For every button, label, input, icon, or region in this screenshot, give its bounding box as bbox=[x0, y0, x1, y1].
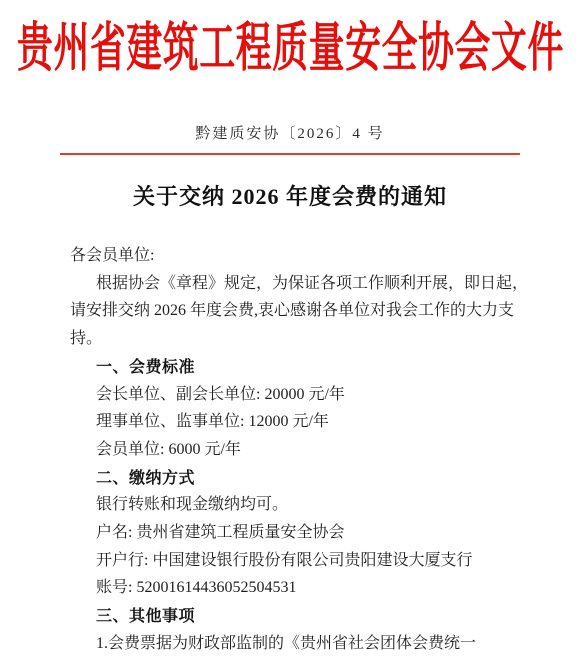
paragraph-line: 根据协会《章程》规定，为保证各项工作顺利开展，即日起， bbox=[70, 270, 580, 298]
document-page: 贵州省建筑工程质量安全协会文件 黔建质安协〔2026〕4 号 关于交纳 2026… bbox=[0, 0, 580, 656]
section-heading-payment-method: 二、缴纳方式 bbox=[70, 464, 580, 492]
red-letterhead: 贵州省建筑工程质量安全协会文件 bbox=[0, 12, 580, 74]
section-heading-other-matters: 三、其他事项 bbox=[70, 602, 580, 630]
fee-line-president-units: 会长单位、副会长单位: 20000 元/年 bbox=[70, 381, 580, 409]
fee-line-director-units: 理事单位、监事单位: 12000 元/年 bbox=[70, 408, 580, 436]
organization-title: 贵州省建筑工程质量安全协会文件 bbox=[17, 5, 564, 81]
document-reference-number: 黔建质安协〔2026〕4 号 bbox=[0, 124, 580, 145]
account-number-line: 账号: 52001614436052504531 bbox=[70, 574, 580, 602]
paragraph-line: 请安排交纳 2026 年度会费,衷心感谢各单位对我会工作的大力支 bbox=[70, 297, 580, 325]
fee-line-member-units: 会员单位: 6000 元/年 bbox=[70, 436, 580, 464]
payment-method-line: 银行转账和现金缴纳均可。 bbox=[70, 491, 580, 519]
paragraph-line: 持。 bbox=[70, 325, 580, 353]
note-line-receipt: 1.会费票据为财政部监制的《贵州省社会团体会费统一 bbox=[70, 630, 580, 656]
account-name-line: 户名: 贵州省建筑工程质量安全协会 bbox=[70, 519, 580, 547]
document-body: 各会员单位: 根据协会《章程》规定，为保证各项工作顺利开展，即日起， 请安排交纳… bbox=[70, 242, 580, 656]
section-heading-fee-standard: 一、会费标准 bbox=[70, 353, 580, 381]
salutation: 各会员单位: bbox=[70, 242, 580, 270]
bank-branch-line: 开户行: 中国建设银行股份有限公司贵阳建设大厦支行 bbox=[70, 547, 580, 575]
notice-title: 关于交纳 2026 年度会费的通知 bbox=[0, 182, 580, 212]
red-divider-line bbox=[60, 153, 520, 155]
